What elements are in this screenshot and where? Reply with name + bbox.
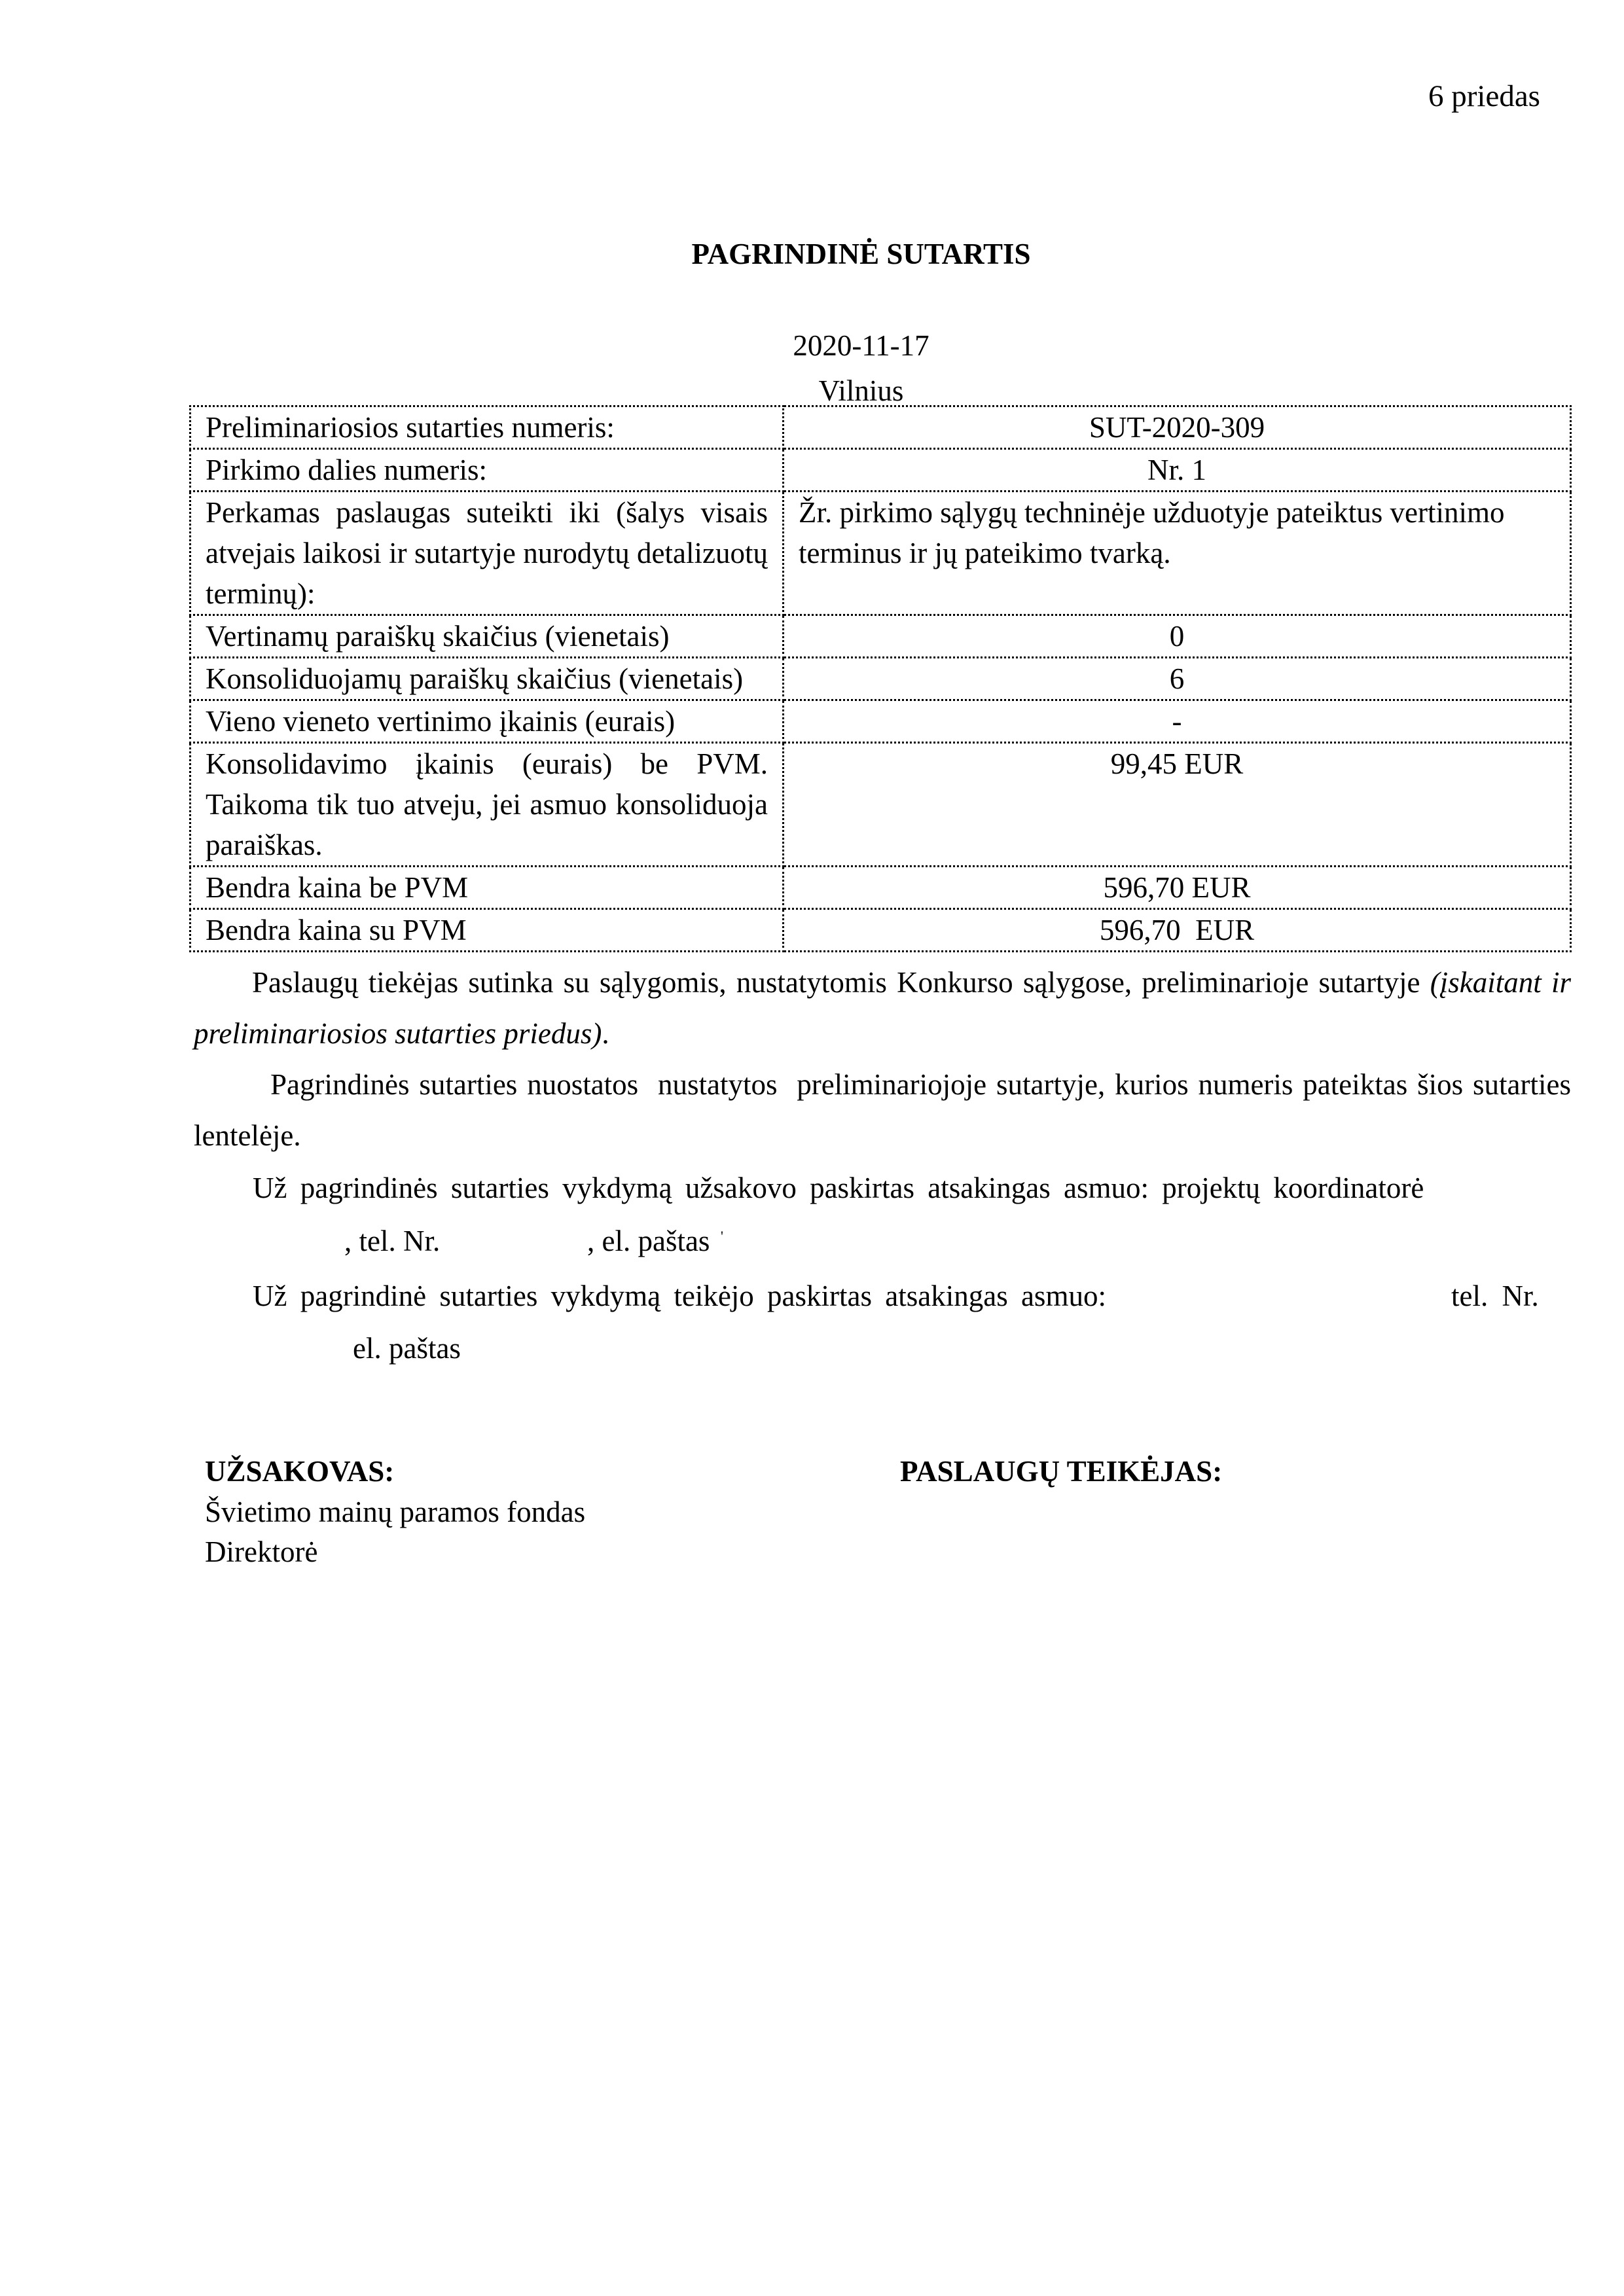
row-label: Vieno vieneto vertinimo įkainis (eurais): [190, 700, 784, 743]
document-title: PAGRINDINĖ SUTARTIS: [0, 240, 1624, 269]
client-contact-intro: Už pagrindinės sutarties vykdymą užsakov…: [253, 1174, 1483, 1203]
paragraph-terms-end: .: [602, 1017, 609, 1050]
row-value: 6: [784, 658, 1571, 700]
row-value: 99,45 EUR: [784, 743, 1571, 867]
row-label: Konsolidavimo įkainis (eurais) be PVM. T…: [190, 743, 784, 867]
row-value: -: [784, 700, 1571, 743]
table-row: Bendra kaina su PVM 596,70 EUR: [190, 909, 1571, 952]
supplier-phone-label: tel. Nr.: [1451, 1282, 1539, 1311]
client-signatory-role: Direktorė: [205, 1537, 317, 1567]
table-row: Pirkimo dalies numeris: Nr. 1: [190, 449, 1571, 492]
document-city-text: Vilnius: [819, 376, 904, 406]
paragraph-terms-text: Paslaugų tiekėjas sutinka su sąlygomis, …: [252, 966, 1430, 999]
document-city: Vilnius: [0, 376, 1624, 406]
row-label: Perkamas paslaugas suteikti iki (šalys v…: [190, 492, 784, 615]
document-date-text: 2020-11-17: [793, 331, 929, 361]
supplier-signature-heading: PASLAUGŲ TEIKĖJAS:: [900, 1457, 1222, 1486]
row-value: 596,70 EUR: [784, 867, 1571, 909]
supplier-contact-intro: Už pagrindinė sutarties vykdymą teikėjo …: [253, 1282, 1106, 1311]
row-label: Pirkimo dalies numeris:: [190, 449, 784, 492]
table-row: Konsoliduojamų paraiškų skaičius (vienet…: [190, 658, 1571, 700]
paragraph-provisions: Pagrindinės sutarties nuostatos nustatyt…: [194, 1059, 1571, 1161]
table-row: Konsolidavimo įkainis (eurais) be PVM. T…: [190, 743, 1571, 867]
document-title-text: PAGRINDINĖ SUTARTIS: [691, 240, 1030, 269]
table-row: Vertinamų paraiškų skaičius (vienetais) …: [190, 615, 1571, 658]
table-row: Vieno vieneto vertinimo įkainis (eurais)…: [190, 700, 1571, 743]
table-row: Preliminariosios sutarties numeris: SUT-…: [190, 406, 1571, 449]
paragraph-terms-agreement: Paslaugų tiekėjas sutinka su sąlygomis, …: [194, 957, 1571, 1059]
annex-label: 6 priedas: [1428, 81, 1540, 112]
row-label: Vertinamų paraiškų skaičius (vienetais): [190, 615, 784, 658]
row-value: SUT-2020-309: [784, 406, 1571, 449]
row-label: Preliminariosios sutarties numeris:: [190, 406, 784, 449]
supplier-email-label: el. paštas: [353, 1334, 461, 1363]
client-email-label: , el. paštas: [587, 1227, 710, 1256]
row-label: Bendra kaina su PVM: [190, 909, 784, 952]
row-label: Bendra kaina be PVM: [190, 867, 784, 909]
redaction-mark: ': [721, 1229, 723, 1244]
table-row: Perkamas paslaugas suteikti iki (šalys v…: [190, 492, 1571, 615]
row-value: Nr. 1: [784, 449, 1571, 492]
client-phone-label: , tel. Nr.: [344, 1227, 440, 1256]
client-signature-heading: UŽSAKOVAS:: [205, 1457, 394, 1486]
row-value: 0: [784, 615, 1571, 658]
row-value: 596,70 EUR: [784, 909, 1571, 952]
client-organization: Švietimo mainų paramos fondas: [205, 1498, 585, 1527]
contract-details-table: Preliminariosios sutarties numeris: SUT-…: [189, 405, 1572, 952]
row-value: Žr. pirkimo sąlygų techninėje užduotyje …: [784, 492, 1571, 615]
table-row: Bendra kaina be PVM 596,70 EUR: [190, 867, 1571, 909]
document-date: 2020-11-17: [0, 331, 1624, 361]
row-label: Konsoliduojamų paraiškų skaičius (vienet…: [190, 658, 784, 700]
